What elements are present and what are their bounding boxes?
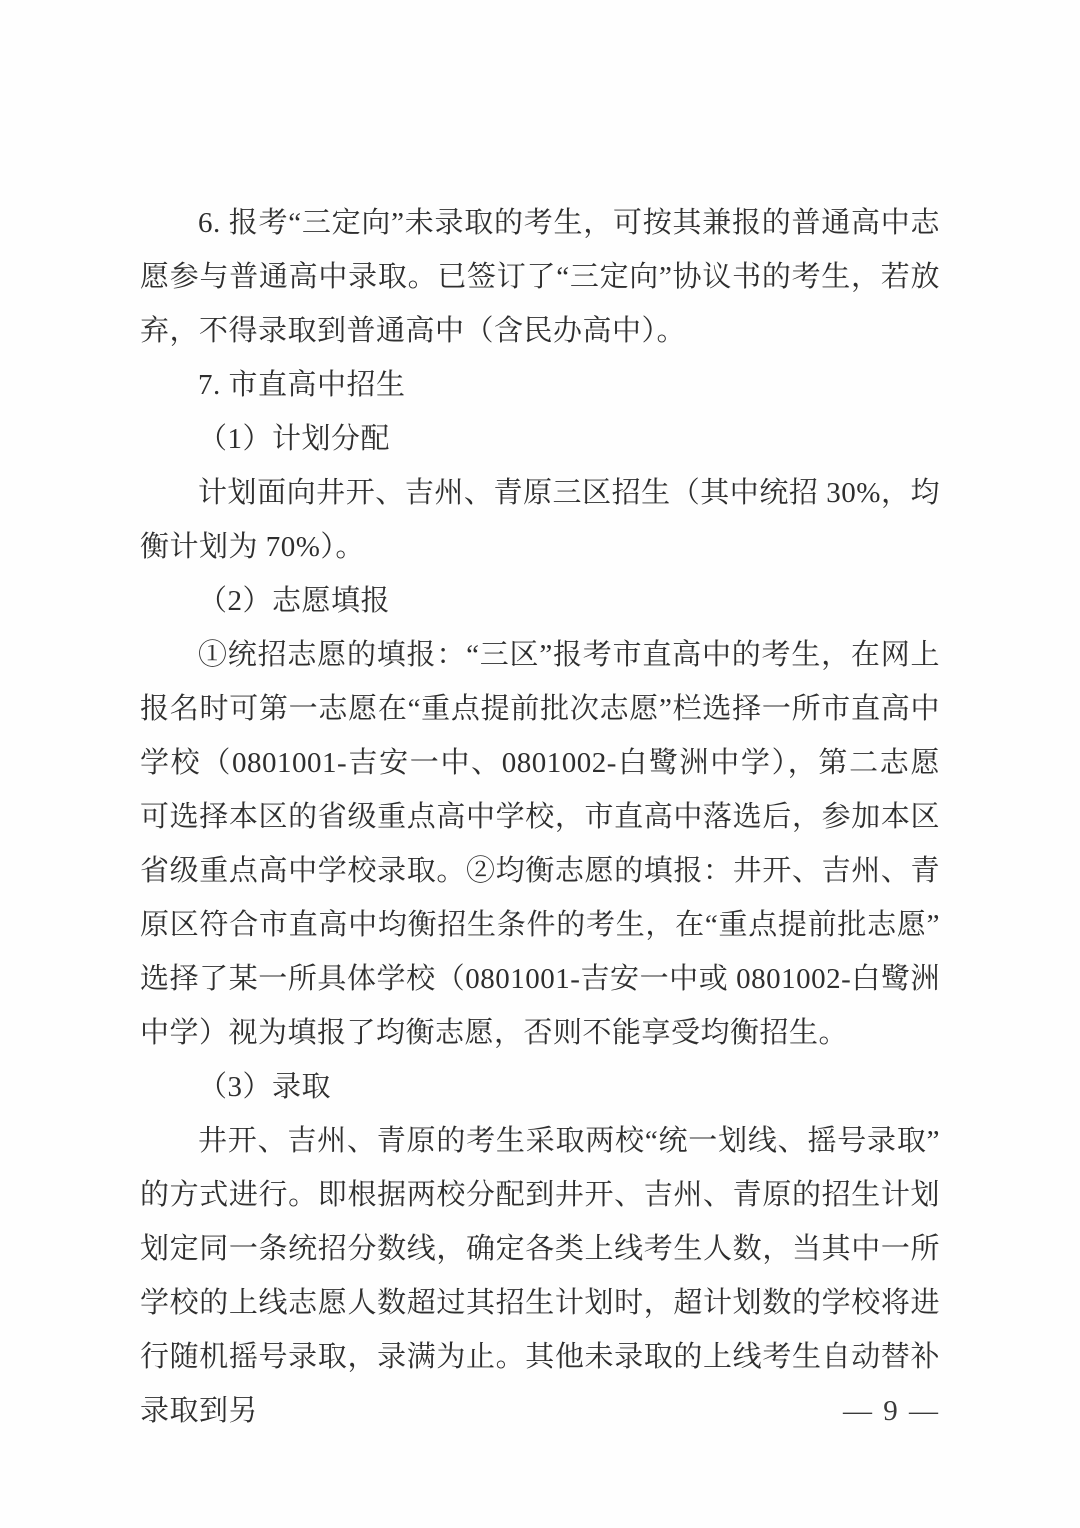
paragraph: （3）录取 [140,1060,940,1114]
paragraph: （2）志愿填报 [140,574,940,628]
page-number: — 9 — [843,1384,940,1438]
document-page: 6. 报考“三定向”未录取的考生，可按其兼报的普通高中志愿参与普通高中录取。已签… [0,0,1080,1528]
document-body: 6. 报考“三定向”未录取的考生，可按其兼报的普通高中志愿参与普通高中录取。已签… [140,196,940,1438]
paragraph: 6. 报考“三定向”未录取的考生，可按其兼报的普通高中志愿参与普通高中录取。已签… [140,196,940,358]
paragraph: 井开、吉州、青原的考生采取两校“统一划线、摇号录取”的方式进行。即根据两校分配到… [140,1114,940,1438]
paragraph: （1）计划分配 [140,412,940,466]
paragraph: ①统招志愿的填报：“三区”报考市直高中的考生，在网上报名时可第一志愿在“重点提前… [140,628,940,1060]
paragraph: 7. 市直高中招生 [140,358,940,412]
paragraph: 计划面向井开、吉州、青原三区招生（其中统招 30%，均衡计划为 70%）。 [140,466,940,574]
